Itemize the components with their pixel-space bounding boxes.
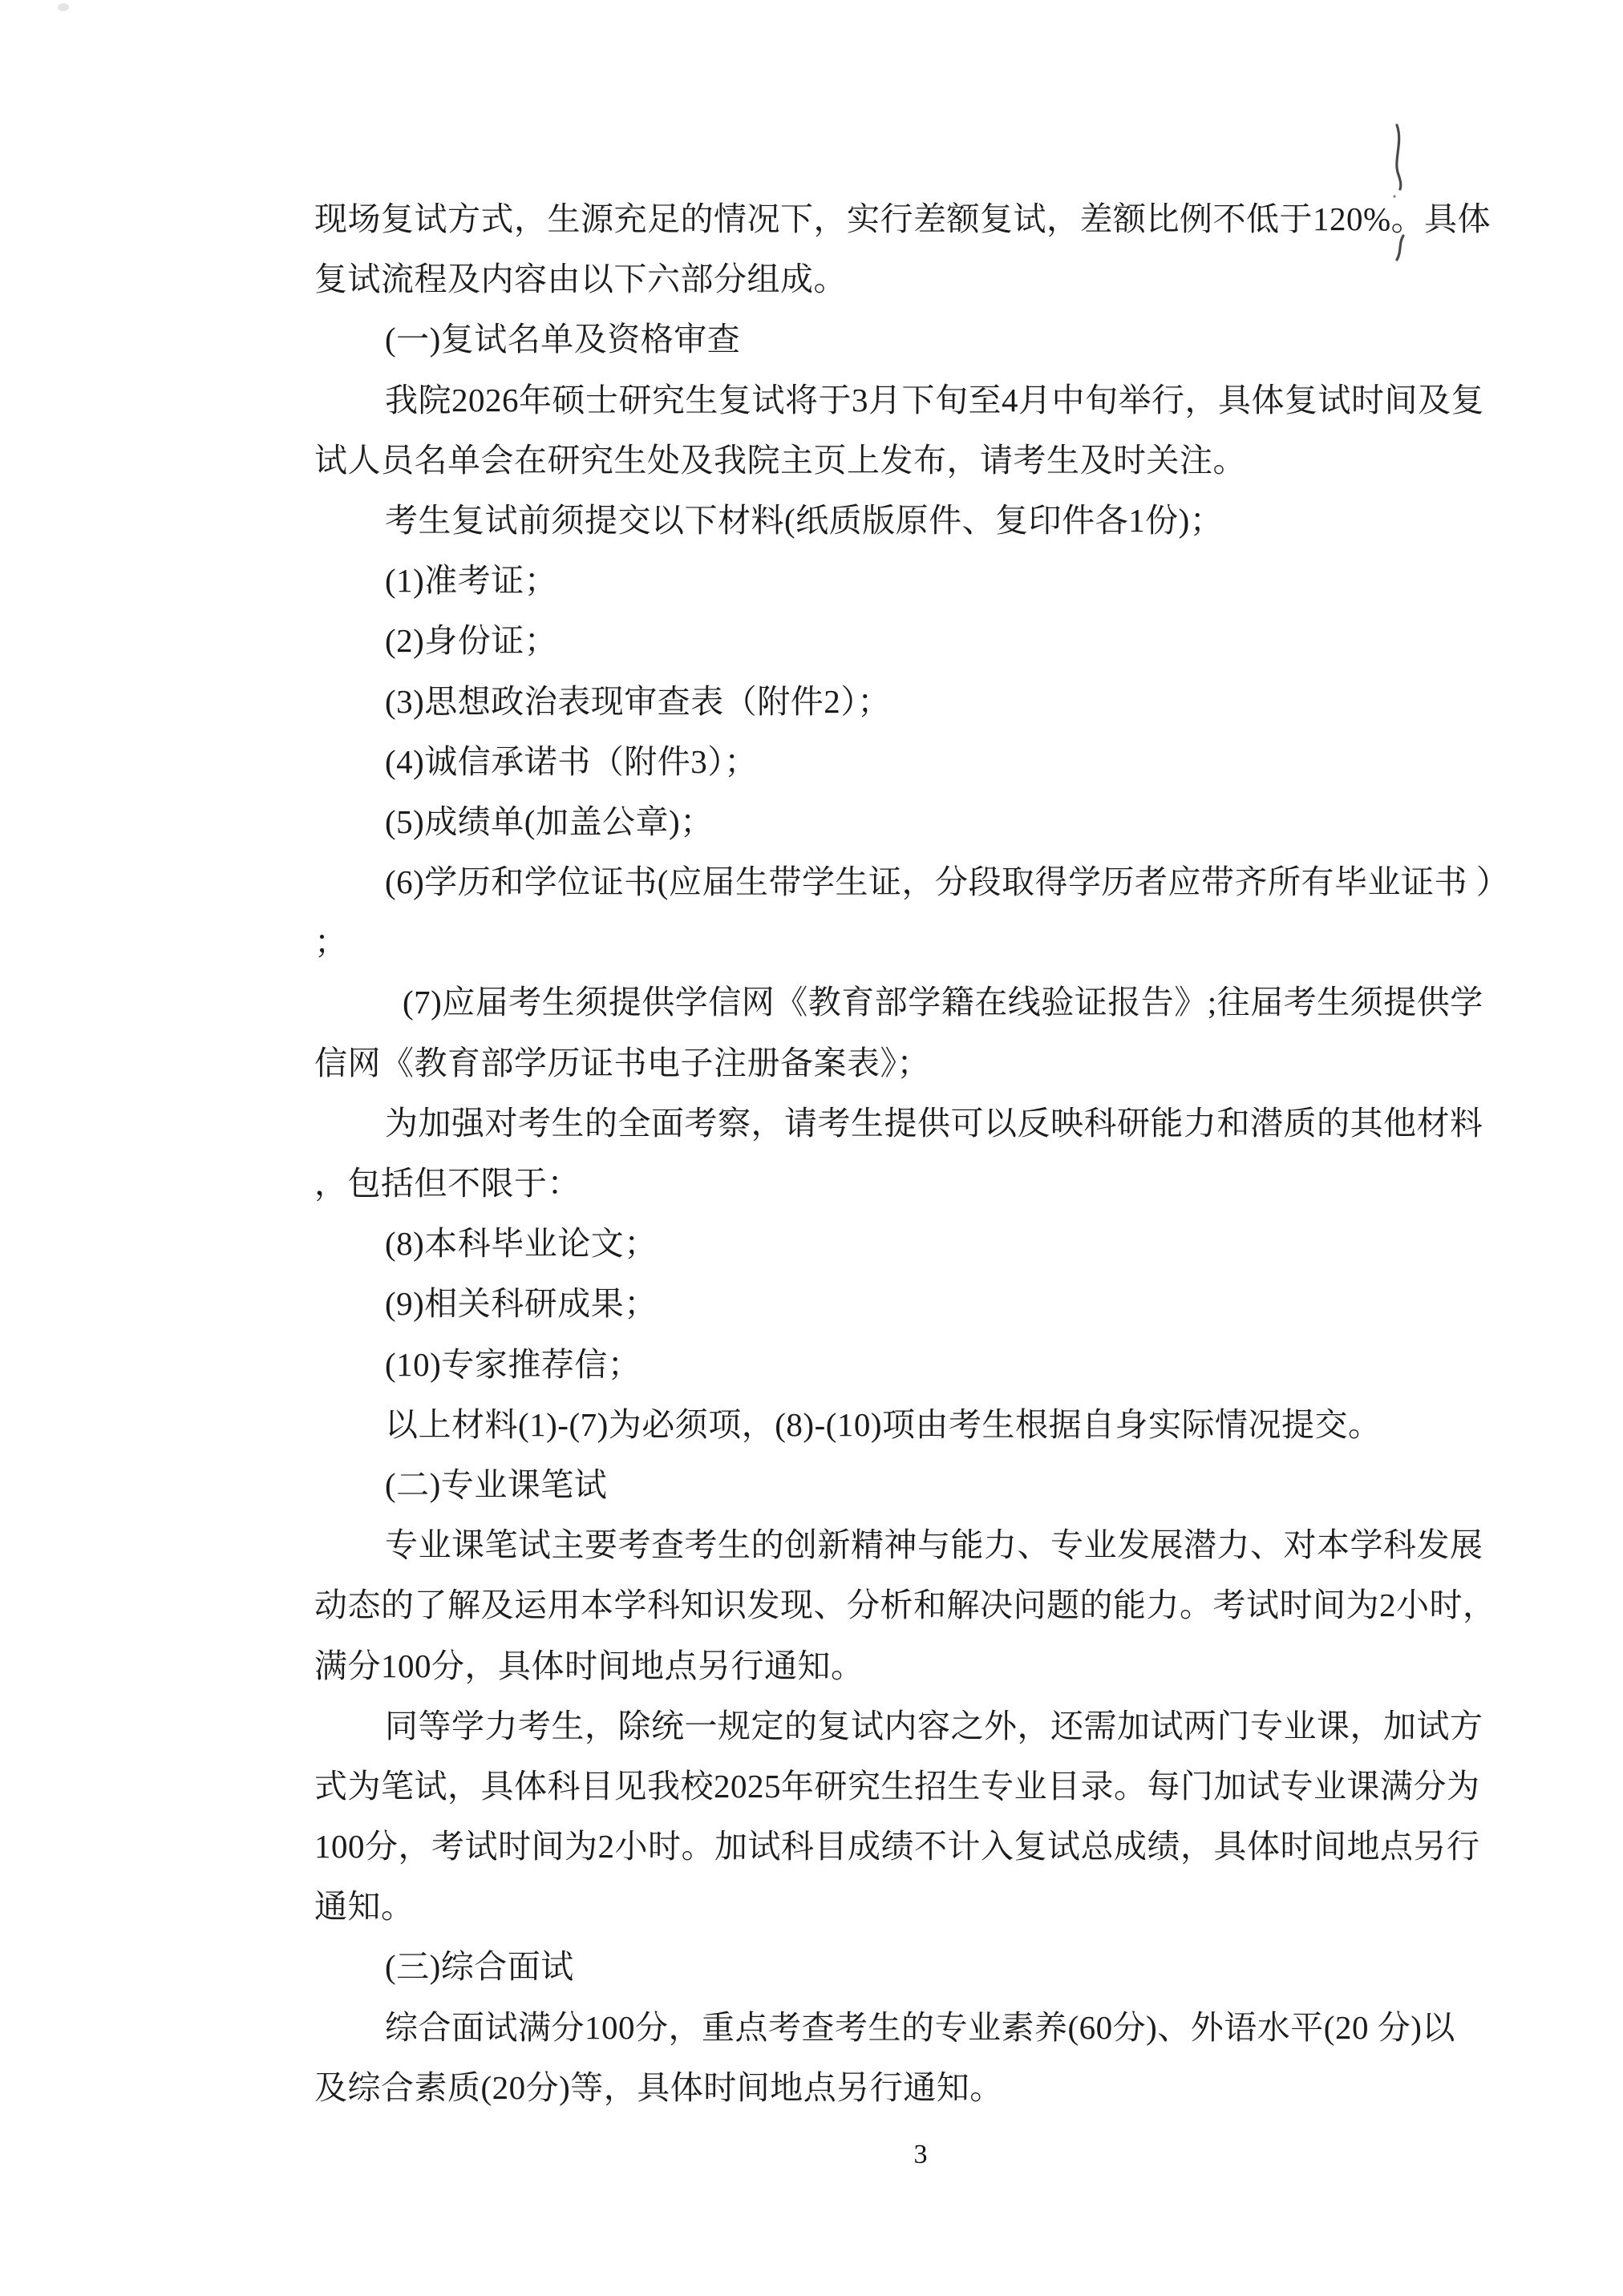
document-page: 现场复试方式，生源充足的情况下，实行差额复试，差额比例不低于120%。具体 复试… [0,0,1623,2296]
text-line: 专业课笔试主要考查考生的创新精神与能力、专业发展潜力、对本学科发展 [314,1515,1477,1575]
list-item: (7)应届考生须提供学信网《教育部学籍在线验证报告》;往届考生须提供学 [314,972,1477,1033]
text-line: 式为笔试，具体科目见我校2025年研究生招生专业目录。每门加试专业课满分为 [314,1756,1477,1817]
text-line: 信网《教育部学历证书电子注册备案表》； [314,1033,1477,1093]
text-line: 动态的了解及运用本学科知识发现、分析和解决问题的能力。考试时间为2小时， [314,1575,1477,1635]
text-line: 满分100分，具体时间地点另行通知。 [314,1636,1477,1696]
text-line: 100分，考试时间为2小时。加试科目成绩不计入复试总成绩，具体时间地点另行 [314,1817,1477,1877]
text-line: ； [314,912,1477,972]
list-item: (10)专家推荐信； [314,1335,1477,1395]
text-line: 我院2026年硕士研究生复试将于3月下旬至4月中旬举行，具体复试时间及复 [314,370,1477,430]
document-body: 现场复试方式，生源充足的情况下，实行差额复试，差额比例不低于120%。具体 复试… [314,189,1477,2118]
text-line: 同等学力考生，除统一规定的复试内容之外，还需加试两门专业课，加试方 [314,1696,1477,1756]
text-line: 试人员名单会在研究生处及我院主页上发布，请考生及时关注。 [314,430,1477,491]
text-line: 以上材料(1)-(7)为必须项，(8)-(10)项由考生根据自身实际情况提交。 [314,1395,1477,1455]
list-item: (2)身份证； [314,611,1477,671]
list-item: (8)本科毕业论文； [314,1214,1477,1274]
text-line: 考生复试前须提交以下材料(纸质版原件、复印件各1份)； [314,491,1477,551]
text-line: 及综合素质(20分)等，具体时间地点另行通知。 [314,2058,1477,2118]
text-line: 为加强对考生的全面考察，请考生提供可以反映科研能力和潜质的其他材料 [314,1093,1477,1154]
list-item: (6)学历和学位证书(应届生带学生证，分段取得学历者应带齐所有毕业证书 ） [314,852,1477,912]
list-item: (9)相关科研成果； [314,1274,1477,1334]
section-heading: (一)复试名单及资格审查 [314,309,1477,370]
list-item: (1)准考证； [314,551,1477,611]
list-item: (4)诚信承诺书（附件3）； [314,732,1477,792]
list-item: (3)思想政治表现审查表（附件2）； [314,672,1477,732]
section-heading: (三)综合面试 [314,1937,1477,1997]
text-line: 现场复试方式，生源充足的情况下，实行差额复试，差额比例不低于120%。具体 [314,189,1477,249]
page-number: 3 [896,2139,945,2171]
text-line: 综合面试满分100分，重点考查考生的专业素养(60分)、外语水平(20 分)以 [314,1998,1477,2058]
text-line: ，包括但不限于： [314,1154,1477,1214]
scan-smudge [58,3,69,11]
text-line: 复试流程及内容由以下六部分组成。 [314,249,1477,309]
list-item: (5)成绩单(加盖公章)； [314,792,1477,852]
text-line: 通知。 [314,1877,1477,1937]
section-heading: (二)专业课笔试 [314,1455,1477,1515]
